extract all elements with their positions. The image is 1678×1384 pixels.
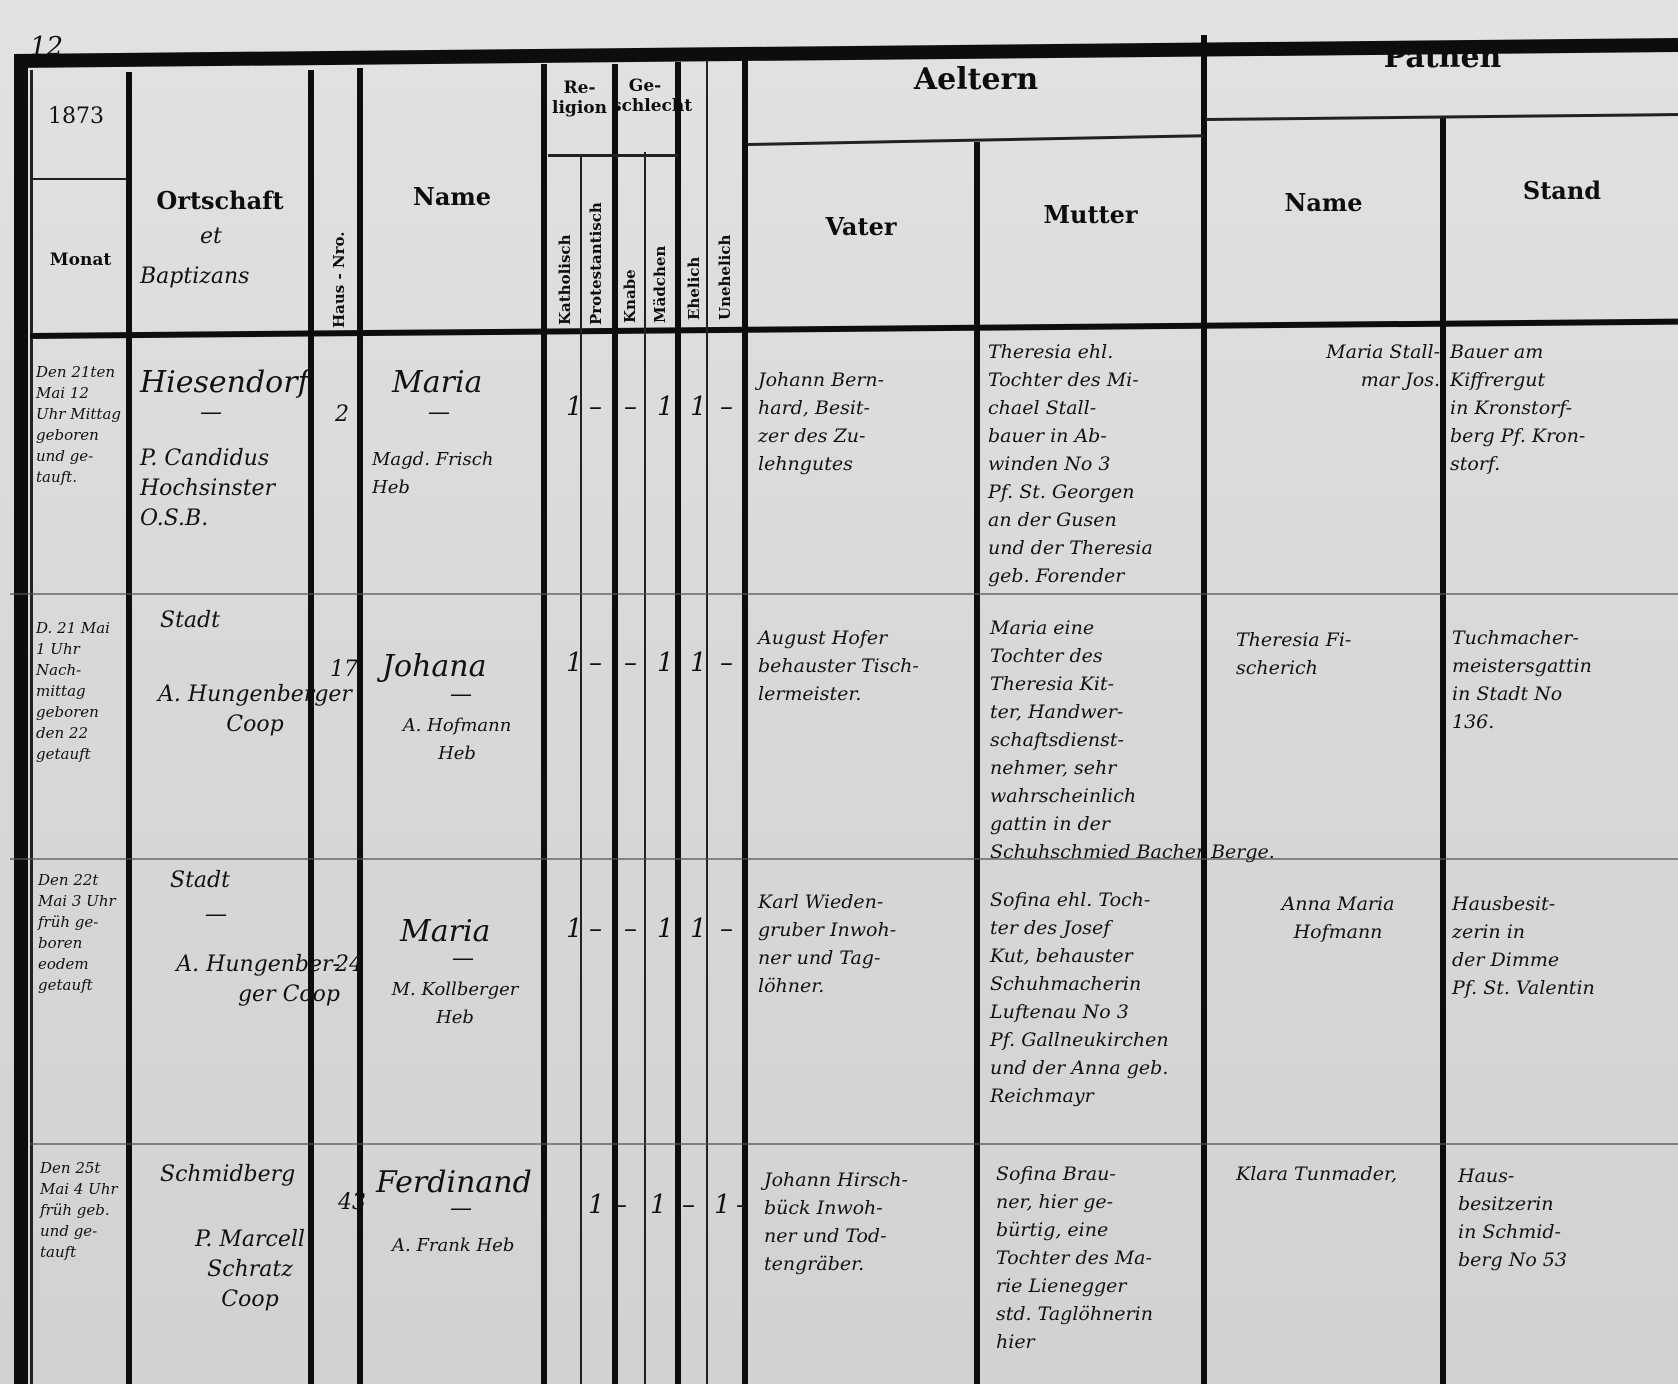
col-rule-knabe bbox=[644, 152, 646, 1384]
entry-monat: Den 21ten Mai 12 Uhr Mittag geboren und … bbox=[36, 362, 128, 488]
entry-unehelich: – bbox=[720, 392, 733, 422]
entry-name-note: M. Kollberger Heb bbox=[380, 976, 530, 1032]
left-border bbox=[14, 60, 28, 1384]
entry-name: Maria bbox=[400, 915, 490, 949]
header-religion: Re- ligion bbox=[547, 78, 612, 118]
entry-pathen-name: Theresia Fi- scherich bbox=[1236, 626, 1440, 682]
entry-haus-nro: 24 bbox=[335, 950, 363, 980]
entry-protestantisch: – bbox=[589, 914, 602, 944]
header-stand: Stand bbox=[1446, 176, 1678, 205]
col-rule-religion bbox=[612, 64, 618, 1384]
entry-stand: Bauer am Kiffrergut in Kronstorf- berg P… bbox=[1450, 338, 1676, 478]
header-name: Name bbox=[363, 182, 541, 211]
entry-katholisch: 1 bbox=[588, 1190, 605, 1220]
entry-monat: Den 25t Mai 4 Uhr früh geb. und ge- tauf… bbox=[40, 1158, 132, 1263]
entry-vater: Karl Wieden- gruber Inwoh- ner und Tag- … bbox=[758, 888, 972, 1000]
entry-katholisch: 1 bbox=[566, 914, 583, 944]
col-rule-ehelich bbox=[706, 60, 708, 1384]
entry-ehelich: 1 bbox=[690, 392, 707, 422]
header-ortschaft: Ortschaft bbox=[132, 186, 308, 215]
entry-katholisch: 1 bbox=[566, 392, 583, 422]
header-geschlecht: Ge- schlecht bbox=[612, 76, 678, 116]
entry-ortschaft: Schmidberg bbox=[160, 1160, 295, 1190]
entry-mutter: Theresia ehl. Tochter des Mi- chael Stal… bbox=[988, 338, 1200, 590]
header-bottom-rule bbox=[30, 319, 1678, 339]
header-aeltern: Aeltern bbox=[748, 62, 1204, 97]
entry-knabe: – bbox=[624, 914, 637, 944]
header-knabe: Knabe bbox=[621, 269, 639, 323]
entry-unehelich: – bbox=[720, 914, 733, 944]
entry-protestantisch: – bbox=[614, 1190, 627, 1220]
col-rule-legit bbox=[742, 58, 748, 1384]
header-baptizans: Baptizans bbox=[140, 262, 249, 292]
entry-vater: Johann Bern- hard, Besit- zer des Zu- le… bbox=[758, 366, 972, 478]
entry-baptizans: A. Hungenberger Coop bbox=[140, 680, 370, 740]
entry-protestantisch: – bbox=[589, 392, 602, 422]
religion-subrule bbox=[548, 154, 678, 157]
entry-maedchen: 1 bbox=[657, 648, 674, 678]
entry-knabe: – bbox=[624, 648, 637, 678]
entry-divider-1 bbox=[10, 593, 1678, 595]
entry-ortschaft: Stadt bbox=[160, 606, 220, 636]
entry-stand: Haus- besitzerin in Schmid- berg No 53 bbox=[1458, 1162, 1678, 1274]
entry-unehelich: – bbox=[736, 1190, 749, 1220]
year-divider bbox=[33, 178, 128, 180]
col-rule-geschlecht bbox=[675, 62, 681, 1384]
header-ehelich: Ehelich bbox=[685, 257, 703, 320]
entry-name-dash: — bbox=[450, 680, 472, 710]
entry-maedchen: 1 bbox=[657, 392, 674, 422]
header-katholisch: Katholisch bbox=[556, 235, 574, 325]
header-protestantisch: Protestantisch bbox=[587, 202, 605, 325]
entry-name-note: A. Frank Heb bbox=[392, 1232, 514, 1260]
entry-knabe: – bbox=[624, 392, 637, 422]
entry-pathen-name: Anna Maria Hofmann bbox=[1236, 890, 1440, 946]
entry-ortschaft: Stadt bbox=[170, 866, 230, 896]
header-mutter: Mutter bbox=[980, 200, 1201, 229]
entry-haus-nro: 43 bbox=[338, 1188, 366, 1218]
header-pathen: Pathen bbox=[1207, 40, 1678, 75]
entry-monat: D. 21 Mai 1 Uhr Nach- mittag geboren den… bbox=[36, 618, 128, 765]
col-rule-name bbox=[541, 64, 547, 1384]
entry-mutter: Sofina ehl. Toch- ter des Josef Kut, beh… bbox=[990, 886, 1202, 1110]
entry-baptizans: P. Marcell Schratz Coop bbox=[150, 1225, 350, 1315]
entry-protestantisch: – bbox=[589, 648, 602, 678]
entry-maedchen: – bbox=[682, 1190, 695, 1220]
entry-vater: Johann Hirsch- bück Inwoh- ner und Tod- … bbox=[764, 1166, 978, 1278]
entry-dash: — bbox=[205, 900, 227, 930]
header-monat: Monat bbox=[33, 250, 128, 270]
year-label: 1873 bbox=[48, 102, 104, 132]
header-maedchen: Mädchen bbox=[651, 246, 669, 323]
entry-name-dash: — bbox=[428, 398, 450, 428]
header-haus-nro: Haus - Nro. bbox=[330, 232, 348, 329]
entry-stand: Tuchmacher- meistersgattin in Stadt No 1… bbox=[1452, 624, 1678, 736]
entry-ortschaft: Hiesendorf bbox=[140, 366, 309, 400]
entry-name-note: A. Hofmann Heb bbox=[382, 712, 532, 768]
entry-name-dash: — bbox=[450, 1194, 472, 1224]
entry-ehelich: 1 bbox=[714, 1190, 731, 1220]
entry-ehelich: 1 bbox=[690, 914, 707, 944]
entry-name: Maria bbox=[392, 366, 482, 400]
col-rule-kath bbox=[580, 155, 582, 1384]
entry-baptizans: P. Candidus Hochsinster O.S.B. bbox=[140, 444, 275, 534]
entry-monat: Den 22t Mai 3 Uhr früh ge- boren eodem g… bbox=[38, 870, 130, 996]
entry-divider-3 bbox=[30, 1143, 1678, 1145]
entry-divider-2 bbox=[10, 858, 1678, 860]
entry-stand: Hausbesit- zerin in der Dimme Pf. St. Va… bbox=[1452, 890, 1678, 1002]
entry-name: Johana bbox=[382, 650, 487, 684]
entry-haus-nro: 17 bbox=[330, 655, 358, 685]
entry-ehelich: 1 bbox=[690, 648, 707, 678]
entry-pathen-name: Maria Stall- mar Jos. bbox=[1230, 338, 1440, 394]
entry-maedchen: 1 bbox=[657, 914, 674, 944]
entry-name-dash: — bbox=[452, 944, 474, 974]
entry-dash: — bbox=[200, 398, 222, 428]
entry-baptizans: A. Hungenber- ger Coop bbox=[140, 950, 340, 1010]
entry-knabe: 1 bbox=[650, 1190, 667, 1220]
header-unehelich: Unehelich bbox=[716, 235, 734, 320]
header-et: et bbox=[200, 222, 222, 252]
entry-unehelich: – bbox=[720, 648, 733, 678]
col-rule-pathen-name bbox=[1440, 118, 1446, 1384]
register-page: 12 1873 Monat Ortschaft et Baptizans Hau… bbox=[0, 0, 1678, 1384]
header-pathen-name: Name bbox=[1207, 188, 1440, 217]
entry-haus-nro: 2 bbox=[335, 400, 349, 430]
header-vater: Vater bbox=[748, 212, 974, 241]
entry-katholisch: 1 bbox=[566, 648, 583, 678]
entry-name-note: Magd. Frisch Heb bbox=[372, 446, 493, 502]
entry-vater: August Hofer behauster Tisch- lermeister… bbox=[758, 624, 972, 708]
entry-mutter: Sofina Brau- ner, hier ge- bürtig, eine … bbox=[996, 1160, 1208, 1356]
